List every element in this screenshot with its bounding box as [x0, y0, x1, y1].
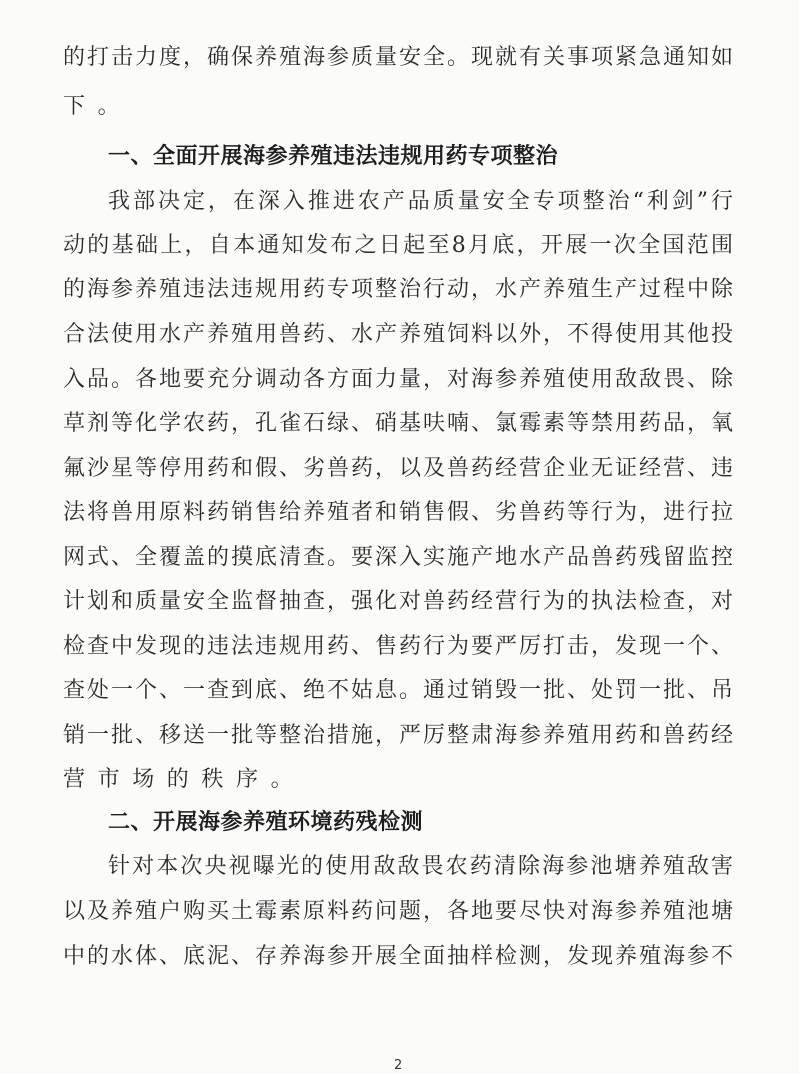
- body-line: 销一批、移送一批等整治措施，严厉整肃海参养殖用药和兽药经: [63, 721, 733, 751]
- body-line: 氟沙星等停用药和假、劣兽药，以及兽药经营企业无证经营、违: [63, 454, 733, 484]
- body-line: 入品。各地要充分调动各方面力量，对海参养殖使用敌敌畏、除: [63, 365, 733, 395]
- body-line: 中的水体、底泥、存养海参开展全面抽样检测，发现养殖海参不: [63, 942, 733, 972]
- body-line: 的海参养殖违法违规用药专项整治行动，水产养殖生产过程中除: [63, 275, 733, 305]
- body-line: 下。: [63, 92, 733, 122]
- section-heading-2: 二、开展海参养殖环境药残检测: [108, 808, 423, 838]
- document-page: 的打击力度，确保养殖海参质量安全。现就有关事项紧急通知如 下。 一、全面开展海参…: [0, 0, 799, 1074]
- body-line: 计划和质量安全监督抽查，强化对兽药经营行为的执法检查，对: [63, 587, 733, 617]
- page-number: 2: [394, 1058, 402, 1073]
- body-line: 检查中发现的违法违规用药、售药行为要严厉打击，发现一个、: [63, 632, 733, 662]
- body-line: 以及养殖户购买土霉素原料药问题，各地要尽快对海参养殖池塘: [63, 897, 733, 927]
- body-line: 查处一个、一查到底、绝不姑息。通过销毁一批、处罚一批、吊: [63, 676, 733, 706]
- body-line: 营市场的秩序。: [63, 765, 733, 795]
- body-line: 动的基础上，自本通知发布之日起至8月底，开展一次全国范围: [63, 231, 733, 261]
- section-heading-1: 一、全面开展海参养殖违法违规用药专项整治: [108, 142, 558, 172]
- body-line: 合法使用水产养殖用兽药、水产养殖饲料以外，不得使用其他投: [63, 320, 733, 350]
- body-line: 的打击力度，确保养殖海参质量安全。现就有关事项紧急通知如: [63, 43, 733, 73]
- paragraph-first-line: 我部决定，在深入推进农产品质量安全专项整治“利剑”行: [108, 187, 733, 217]
- body-line: 法将兽用原料药销售给养殖者和销售假、劣兽药等行为，进行拉: [63, 498, 733, 528]
- body-line: 网式、全覆盖的摸底清查。要深入实施产地水产品兽药残留监控: [63, 543, 733, 573]
- body-line: 草剂等化学农药，孔雀石绿、硝基呋喃、氯霉素等禁用药品，氧: [63, 409, 733, 439]
- paragraph-first-line: 针对本次央视曝光的使用敌敌畏农药清除海参池塘养殖敌害: [108, 852, 733, 882]
